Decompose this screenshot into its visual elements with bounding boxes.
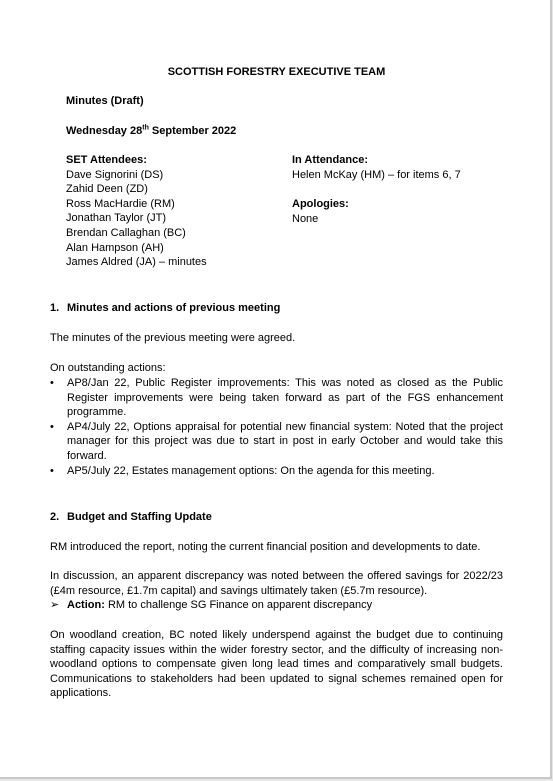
attendees-list: Dave Signorini (DS) Zahid Deen (ZD) Ross… bbox=[66, 168, 207, 270]
action-item-text: AP8/Jan 22, Public Register improvements… bbox=[67, 377, 503, 418]
action-item-text: AP4/July 22, Options appraisal for poten… bbox=[67, 421, 503, 462]
action-item: • AP4/July 22, Options appraisal for pot… bbox=[50, 420, 503, 464]
action-point: ➢Action: RM to challenge SG Finance on a… bbox=[50, 598, 372, 613]
apologies-heading: Apologies: bbox=[292, 197, 349, 212]
outstanding-actions-list: • AP8/Jan 22, Public Register improvemen… bbox=[50, 376, 503, 478]
attendee: James Aldred (JA) – minutes bbox=[66, 255, 207, 270]
document-subtitle: Minutes (Draft) bbox=[66, 94, 144, 109]
apologies-person: None bbox=[292, 212, 349, 227]
action-item: • AP8/Jan 22, Public Register improvemen… bbox=[50, 376, 503, 420]
section-1-number: 1. bbox=[50, 301, 67, 316]
attendee: Brendan Callaghan (BC) bbox=[66, 226, 207, 241]
section-2-para-report: RM introduced the report, noting the cur… bbox=[50, 540, 480, 555]
action-label: Action: bbox=[67, 599, 105, 611]
document-title: SCOTTISH FORESTRY EXECUTIVE TEAM bbox=[0, 65, 553, 80]
section-1-para-outstanding: On outstanding actions: bbox=[50, 361, 166, 376]
section-1-heading: 1.Minutes and actions of previous meetin… bbox=[50, 301, 280, 316]
action-text: RM to challenge SG Finance on apparent d… bbox=[105, 599, 372, 611]
action-item-text: AP5/July 22, Estates management options:… bbox=[67, 465, 435, 477]
attendees-heading: SET Attendees: bbox=[66, 153, 207, 168]
action-item: • AP5/July 22, Estates management option… bbox=[50, 464, 503, 479]
section-1-title: Minutes and actions of previous meeting bbox=[67, 302, 280, 314]
attendee: Dave Signorini (DS) bbox=[66, 168, 207, 183]
section-1-para-agreed: The minutes of the previous meeting were… bbox=[50, 331, 295, 346]
section-2-para-woodland: On woodland creation, BC noted likely un… bbox=[50, 628, 503, 701]
section-2-number: 2. bbox=[50, 510, 67, 525]
section-2-heading: 2.Budget and Staffing Update bbox=[50, 510, 212, 525]
attendee: Alan Hampson (AH) bbox=[66, 241, 207, 256]
bullet-icon: • bbox=[50, 420, 54, 435]
in-attendance-block: In Attendance: Helen McKay (HM) – for it… bbox=[292, 153, 461, 182]
attendee: Ross MacHardie (RM) bbox=[66, 197, 207, 212]
meeting-date-month-year: September 2022 bbox=[149, 125, 236, 137]
attendees-block: SET Attendees: Dave Signorini (DS) Zahid… bbox=[66, 153, 207, 270]
meeting-date-ordinal: th bbox=[142, 124, 149, 131]
in-attendance-person: Helen McKay (HM) – for items 6, 7 bbox=[292, 168, 461, 183]
meeting-date: Wednesday 28th September 2022 bbox=[66, 124, 236, 139]
meeting-date-day: Wednesday 28 bbox=[66, 125, 142, 137]
section-2-para-discussion: In discussion, an apparent discrepancy w… bbox=[50, 569, 503, 598]
bullet-icon: • bbox=[50, 464, 54, 479]
document-page: SCOTTISH FORESTRY EXECUTIVE TEAM Minutes… bbox=[0, 0, 552, 779]
in-attendance-heading: In Attendance: bbox=[292, 153, 461, 168]
apologies-block: Apologies: None bbox=[292, 197, 349, 226]
attendee: Zahid Deen (ZD) bbox=[66, 182, 207, 197]
arrow-bullet-icon: ➢ bbox=[50, 598, 67, 613]
bullet-icon: • bbox=[50, 376, 54, 391]
section-2-title: Budget and Staffing Update bbox=[67, 511, 212, 523]
attendee: Jonathan Taylor (JT) bbox=[66, 211, 207, 226]
